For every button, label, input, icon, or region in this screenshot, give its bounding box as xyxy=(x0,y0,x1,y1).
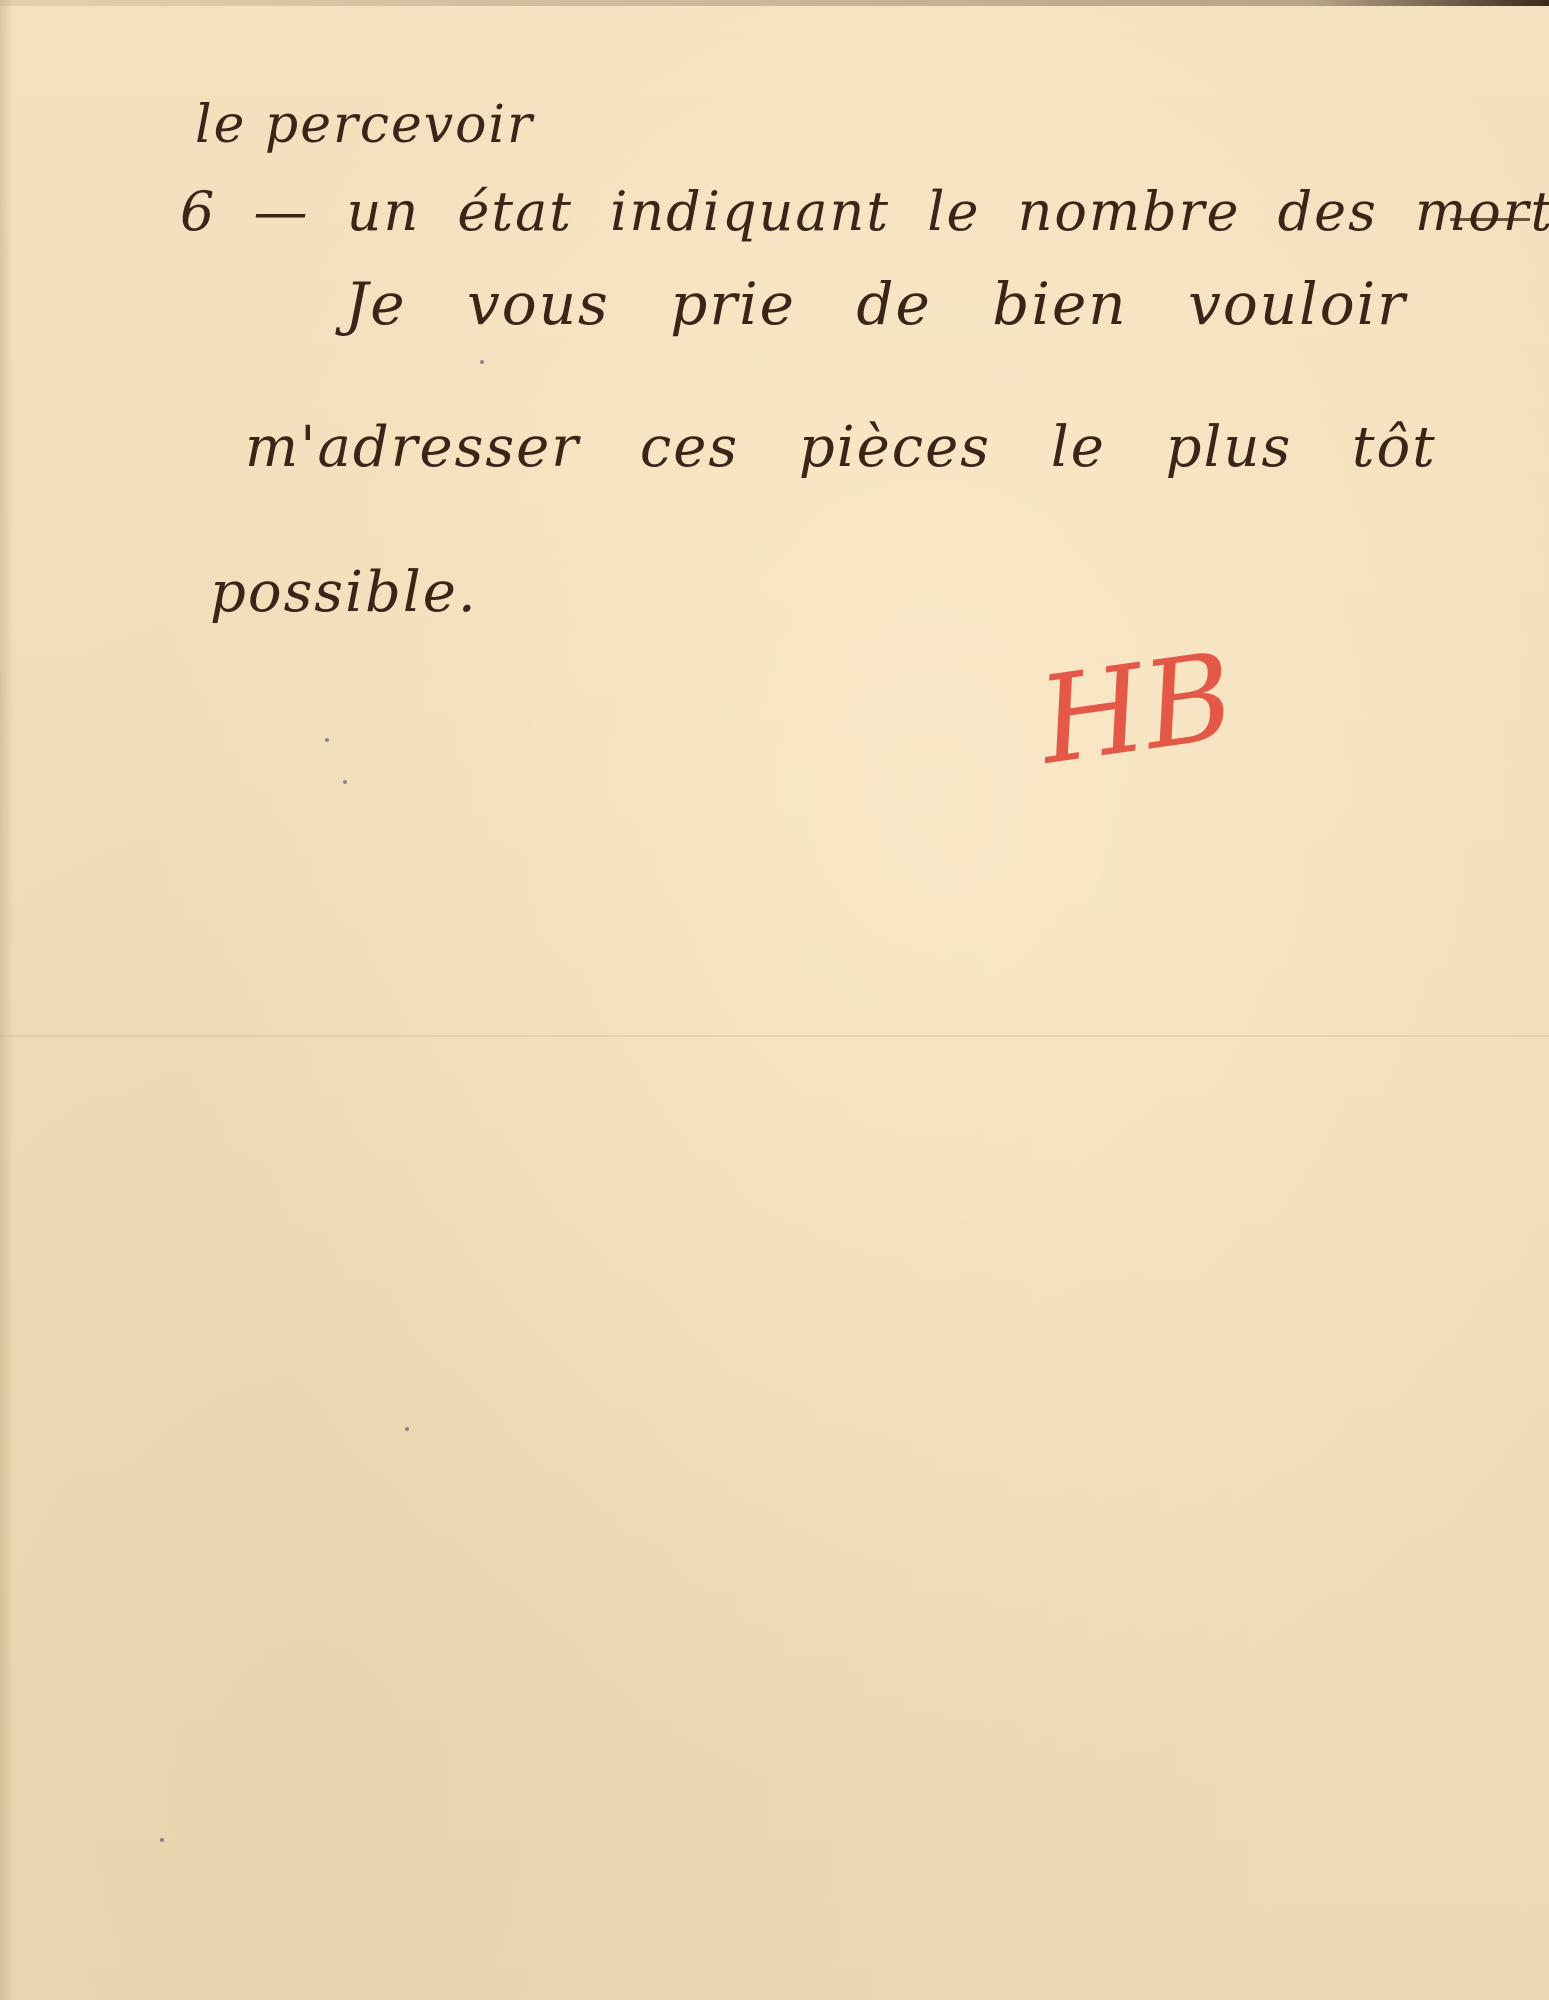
paper-fold xyxy=(0,1035,1549,1037)
ink-speck xyxy=(325,738,329,742)
document-page: le percevoir 6 — un état indiquant le no… xyxy=(0,0,1549,2000)
handwritten-line-2: 6 — un état indiquant le nombre des mort… xyxy=(180,180,1549,243)
handwritten-line-4: m'adresser ces pièces le plus tôt xyxy=(245,415,1437,480)
line-end-dash xyxy=(1450,218,1530,221)
ink-speck xyxy=(160,1838,164,1842)
ink-speck xyxy=(405,1427,409,1431)
handwritten-line-1: le percevoir xyxy=(195,95,534,155)
red-initials-annotation: HB xyxy=(1031,627,1241,791)
handwritten-line-3: Je vous prie de bien vouloir xyxy=(345,270,1407,338)
handwritten-line-5: possible. xyxy=(210,560,478,625)
page-left-edge xyxy=(0,0,14,2000)
ink-speck xyxy=(480,360,484,364)
page-top-edge xyxy=(0,0,1549,6)
ink-speck xyxy=(343,780,347,784)
